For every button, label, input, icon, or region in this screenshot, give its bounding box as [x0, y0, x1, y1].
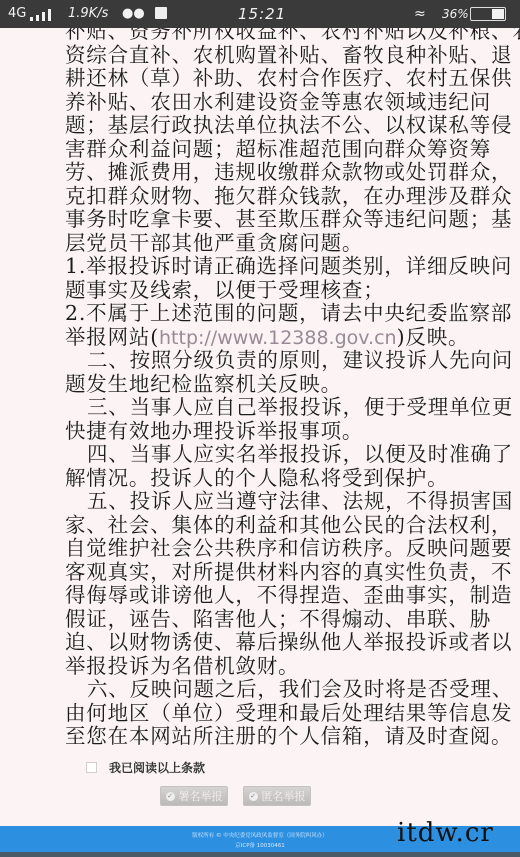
anonymous-report-label: 匿名举报: [262, 788, 306, 804]
network-speed: 1.9K/s: [68, 6, 108, 22]
named-report-button[interactable]: ✓ 署名举报: [160, 786, 228, 806]
text-line: 家、社会、集体的利益和其他公民的合法权利，: [65, 514, 457, 538]
text-line: 题发生地纪检监察机关反映。: [65, 373, 457, 397]
text-line: 由何地区（单位）受理和最后处理结果等信息发: [65, 702, 457, 726]
url-suffix: )反映。: [397, 325, 470, 349]
text-line: 举报投诉为名借机敛财。: [65, 655, 457, 679]
agree-label: 我已阅读以上条款: [109, 759, 205, 776]
text-line: 得侮辱或诽谤他人，不得捏造、歪曲事实，制造: [65, 584, 457, 608]
text-line: 2.不属于上述范围的问题，请去中央纪委监察部: [65, 302, 457, 326]
agree-checkbox[interactable]: [86, 762, 97, 773]
battery-icon: [470, 7, 506, 21]
named-report-label: 署名举报: [179, 788, 223, 804]
status-bar: 4G 1.9K/s ●● 15:21 ≈ 36%: [0, 0, 520, 28]
anonymous-report-button[interactable]: ✓ 匿名举报: [243, 786, 311, 806]
url-prefix: 举报网站(: [65, 325, 159, 349]
agree-terms[interactable]: 我已阅读以上条款: [86, 759, 205, 775]
signal-icon: [30, 9, 58, 21]
report-site-link[interactable]: http://www.12388.gov.cn: [159, 327, 397, 349]
shopping-bag-icon: [155, 7, 167, 19]
text-line: 解情况。投诉人的个人隐私将受到保护。: [65, 467, 457, 491]
text-line: 六、反映问题之后，我们会及时将是否受理、: [65, 678, 457, 702]
battery-percent: 36%: [442, 6, 469, 22]
text-line: 至您在本网站所注册的个人信箱，请及时查阅。: [65, 725, 457, 749]
text-line: 事务时吃拿卡要、甚至欺压群众等违纪问题；基: [65, 208, 457, 232]
text-line: 假证，诬告、陷害他人；不得煽动、串联、胁: [65, 608, 457, 632]
text-line: 迫、以财物诱使、幕后操纵他人举报投诉或者以: [65, 631, 457, 655]
text-line-with-link: 举报网站(http://www.12388.gov.cn)反映。: [65, 326, 457, 350]
clock: 15:21: [238, 6, 286, 22]
text-line: 资综合直补、农机购置补贴、畜牧良种补贴、退: [65, 44, 457, 68]
text-line: 1.举报投诉时请正确选择问题类别，详细反映问: [65, 255, 457, 279]
check-circle-icon: ✓: [249, 792, 258, 801]
text-line: 快捷有效地办理投诉举报事项。: [65, 420, 457, 444]
text-line: 二、按照分级负责的原则，建议投诉人先向问: [65, 349, 457, 373]
check-circle-icon: ✓: [166, 792, 175, 801]
text-line: 耕还林（草）补助、农村合作医疗、农村五保供: [65, 67, 457, 91]
terms-text: 补贴、资务补所权收益补、农村补贴以及补粮、农 资综合直补、农机购置补贴、畜牧良种…: [65, 20, 457, 749]
text-line: 害群众利益问题；超标准超范围向群众筹资筹: [65, 138, 457, 162]
text-line: 克扣群众财物、拖欠群众钱款，在办理涉及群众: [65, 185, 457, 209]
text-line: 题；基层行政执法单位执法不公、以权谋私等侵: [65, 114, 457, 138]
text-line: 四、当事人应实名举报投诉，以便及时准确了: [65, 443, 457, 467]
text-line: 三、当事人应自己举报投诉，便于受理单位更: [65, 396, 457, 420]
wechat-icon: ●●: [122, 6, 145, 22]
text-line: 题事实及线索，以便于受理核查；: [65, 279, 457, 303]
text-line: 层党员干部其他严重贪腐问题。: [65, 232, 457, 256]
text-line: 劳、摊派费用，违规收缴群众款物或处罚群众，: [65, 161, 457, 185]
wifi-icon: ≈: [414, 6, 426, 22]
text-line: 客观真实，对所提供材料内容的真实性负责，不: [65, 561, 457, 585]
text-line: 自觉维护社会公共秩序和信访秩序。反映问题要: [65, 537, 457, 561]
text-line: 五、投诉人应当遵守法律、法规，不得损害国: [65, 490, 457, 514]
text-line: 养补贴、农田水利建设资金等惠农领域违纪问: [65, 91, 457, 115]
network-type: 4G: [8, 6, 26, 22]
watermark: itdw.cr: [397, 818, 494, 848]
bottom-strip: [0, 852, 520, 857]
